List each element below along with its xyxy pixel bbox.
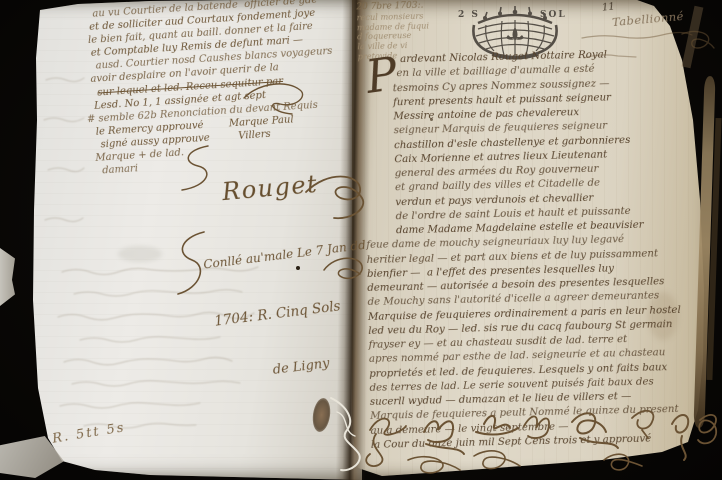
paper-tear [0,248,15,306]
paper-stain [118,246,162,262]
signature-flourish-icon [320,252,368,286]
signature-flourish-icon [168,142,224,194]
right-page-text: ardevant Nicolas Rouget Nottaire Royalen… [362,46,707,453]
signatures-block [356,404,718,480]
manuscript-scan: au vu Courtier de la batende officier de… [0,0,722,480]
signature-ligny: de Ligny [272,350,380,378]
controle-block: Conllé au'male Le 7 Jan dd 1704: R. Cinq… [198,200,385,422]
signature-flourish-icon [170,228,216,298]
signature-flourish-icon [240,78,310,118]
fee-line: 1704: R. Cinq Sols [214,294,374,329]
page-number: 11 [601,1,615,13]
bleedthrough-ink [40,60,90,260]
left-page-text: au vu Courtier de la batende officier de… [88,0,370,178]
stamp-left-text: 2 S [458,10,480,20]
